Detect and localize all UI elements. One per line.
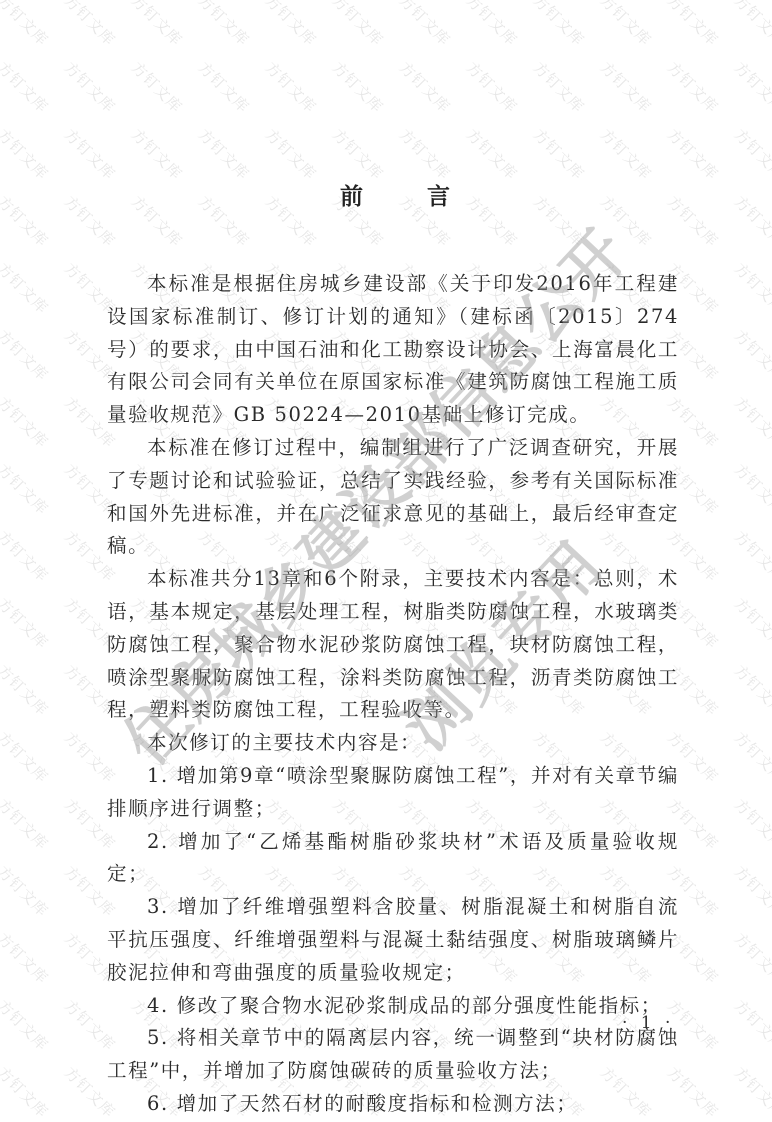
tile-watermark: 方钉文库 xyxy=(127,0,187,50)
tile-watermark: 方钉文库 xyxy=(0,727,53,787)
tile-watermark: 方钉文库 xyxy=(730,57,772,117)
tile-watermark: 方钉文库 xyxy=(0,928,53,988)
tile-watermark: 方钉文库 xyxy=(663,0,723,50)
tile-watermark: 方钉文库 xyxy=(730,459,772,519)
tile-watermark: 方钉文库 xyxy=(328,0,388,50)
tile-watermark: 方钉文库 xyxy=(60,0,120,50)
tile-watermark: 方钉文库 xyxy=(596,0,656,50)
revision-item-3: 3. 增加了纤维增强塑料含胶量、树脂混凝土和树脂自流平抗压强度、纤维增强塑料与混… xyxy=(107,891,679,989)
tile-watermark: 方钉文库 xyxy=(0,1062,53,1122)
tile-watermark: 方钉文库 xyxy=(0,593,53,653)
tile-watermark: 方钉文库 xyxy=(127,124,187,184)
tile-watermark: 方钉文库 xyxy=(730,593,772,653)
tile-watermark: 方钉文库 xyxy=(194,191,254,251)
tile-watermark: 方钉文库 xyxy=(0,392,53,452)
tile-watermark: 方钉文库 xyxy=(462,57,522,117)
tile-watermark: 方钉文库 xyxy=(462,191,522,251)
revision-item-2: 2. 增加了“乙烯基酯树脂砂浆块材”术语及质量验收规定； xyxy=(107,826,679,892)
page-title: 前 言 xyxy=(340,178,450,211)
tile-watermark: 方钉文库 xyxy=(0,526,53,586)
page-number: · 1 · xyxy=(622,1013,674,1033)
tile-watermark: 方钉文库 xyxy=(194,124,254,184)
tile-watermark: 方钉文库 xyxy=(0,0,53,50)
revision-item-6: 6. 增加了天然石材的耐酸度指标和检测方法； xyxy=(107,1088,679,1121)
paragraph-main-content: 本标准共分13章和6个附录，主要技术内容是：总则，术语，基本规定，基层处理工程，… xyxy=(107,563,679,727)
tile-watermark: 方钉文库 xyxy=(529,124,589,184)
tile-watermark: 方钉文库 xyxy=(60,124,120,184)
tile-watermark: 方钉文库 xyxy=(529,57,589,117)
tile-watermark: 方钉文库 xyxy=(127,57,187,117)
revision-item-5: 5. 将相关章节中的隔离层内容，统一调整到“块材防腐蚀工程”中，并增加了防腐蚀碳… xyxy=(107,1022,679,1088)
tile-watermark: 方钉文库 xyxy=(0,191,53,251)
tile-watermark: 方钉文库 xyxy=(730,727,772,787)
tile-watermark: 方钉文库 xyxy=(663,124,723,184)
paragraph-basis: 本标准是根据住房城乡建设部《关于印发2016年工程建设国家标准制订、修订计划的通… xyxy=(107,268,679,432)
tile-watermark: 方钉文库 xyxy=(0,325,53,385)
tile-watermark: 方钉文库 xyxy=(60,191,120,251)
paragraph-revision-process: 本标准在修订过程中，编制组进行了广泛调查研究，开展了专题讨论和试验验证，总结了实… xyxy=(107,432,679,563)
page-title-char-2: 言 xyxy=(427,178,450,211)
tile-watermark: 方钉文库 xyxy=(261,57,321,117)
tile-watermark: 方钉文库 xyxy=(395,124,455,184)
tile-watermark: 方钉文库 xyxy=(663,57,723,117)
tile-watermark: 方钉文库 xyxy=(730,794,772,854)
tile-watermark: 方钉文库 xyxy=(261,0,321,50)
tile-watermark: 方钉文库 xyxy=(261,124,321,184)
tile-watermark: 方钉文库 xyxy=(730,861,772,921)
tile-watermark: 方钉文库 xyxy=(60,57,120,117)
tile-watermark: 方钉文库 xyxy=(462,0,522,50)
tile-watermark: 方钉文库 xyxy=(529,0,589,50)
tile-watermark: 方钉文库 xyxy=(261,191,321,251)
tile-watermark: 方钉文库 xyxy=(730,124,772,184)
tile-watermark: 方钉文库 xyxy=(0,459,53,519)
paragraph-revision-intro: 本次修订的主要技术内容是： xyxy=(107,727,679,760)
tile-watermark: 方钉文库 xyxy=(194,57,254,117)
tile-watermark: 方钉文库 xyxy=(0,794,53,854)
tile-watermark: 方钉文库 xyxy=(730,191,772,251)
tile-watermark: 方钉文库 xyxy=(127,191,187,251)
tile-watermark: 方钉文库 xyxy=(0,861,53,921)
tile-watermark: 方钉文库 xyxy=(0,124,53,184)
revision-item-1: 1. 增加第9章“喷涂型聚脲防腐蚀工程”，并对有关章节编排顺序进行调整； xyxy=(107,760,679,826)
tile-watermark: 方钉文库 xyxy=(529,191,589,251)
preface-body: 本标准是根据住房城乡建设部《关于印发2016年工程建设国家标准制订、修订计划的通… xyxy=(107,268,679,1121)
tile-watermark: 方钉文库 xyxy=(0,258,53,318)
tile-watermark: 方钉文库 xyxy=(596,57,656,117)
tile-watermark: 方钉文库 xyxy=(596,124,656,184)
tile-watermark: 方钉文库 xyxy=(395,57,455,117)
tile-watermark: 方钉文库 xyxy=(730,392,772,452)
tile-watermark: 方钉文库 xyxy=(730,995,772,1055)
tile-watermark: 方钉文库 xyxy=(462,124,522,184)
tile-watermark: 方钉文库 xyxy=(730,526,772,586)
tile-watermark: 方钉文库 xyxy=(0,995,53,1055)
tile-watermark: 方钉文库 xyxy=(0,660,53,720)
tile-watermark: 方钉文库 xyxy=(730,0,772,50)
page-title-char-1: 前 xyxy=(340,178,363,211)
tile-watermark: 方钉文库 xyxy=(730,928,772,988)
tile-watermark: 方钉文库 xyxy=(730,660,772,720)
tile-watermark: 方钉文库 xyxy=(730,258,772,318)
tile-watermark: 方钉文库 xyxy=(0,57,53,117)
tile-watermark: 方钉文库 xyxy=(328,57,388,117)
tile-watermark: 方钉文库 xyxy=(730,325,772,385)
tile-watermark: 方钉文库 xyxy=(194,0,254,50)
tile-watermark: 方钉文库 xyxy=(328,124,388,184)
tile-watermark: 方钉文库 xyxy=(663,191,723,251)
tile-watermark: 方钉文库 xyxy=(730,1062,772,1122)
tile-watermark: 方钉文库 xyxy=(596,191,656,251)
tile-watermark: 方钉文库 xyxy=(395,0,455,50)
revision-item-4: 4. 修改了聚合物水泥砂浆制成品的部分强度性能指标； xyxy=(107,990,679,1023)
